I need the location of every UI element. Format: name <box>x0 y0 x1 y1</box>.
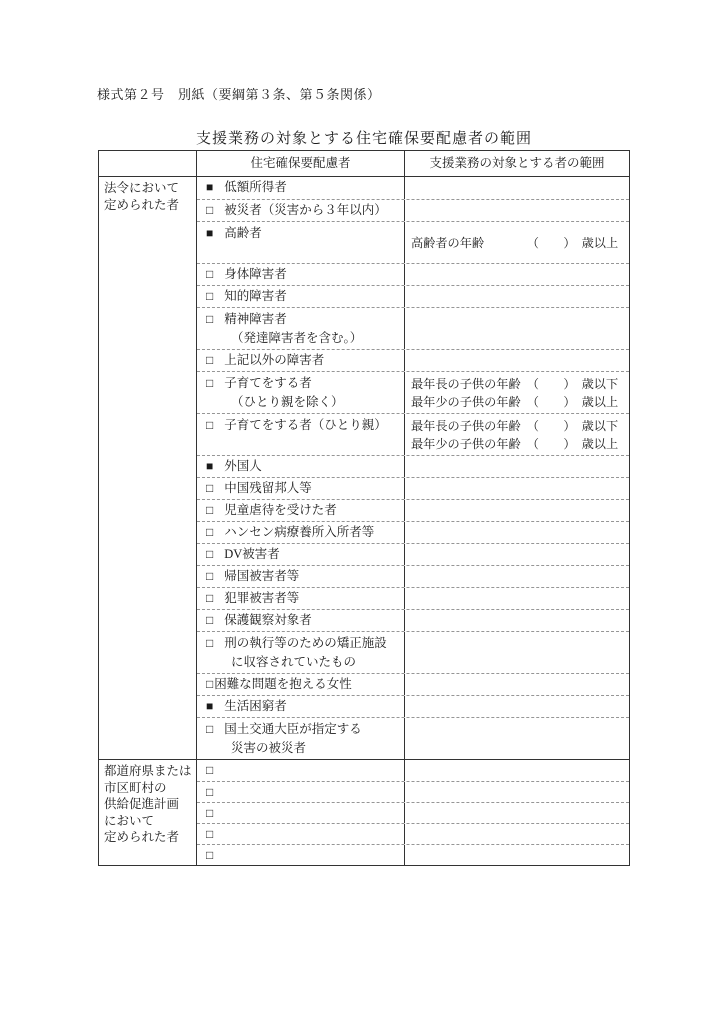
person-line: □ハンセン病療養所入所者等 <box>206 522 404 543</box>
range-cell <box>405 845 629 865</box>
table-row: ■外国人 <box>197 455 629 477</box>
row-label: 困難な問題を抱える女性 <box>214 677 352 691</box>
checkbox-empty-icon: □ <box>206 522 213 543</box>
person-line: □精神障害者 <box>206 308 404 329</box>
table-row: □帰国被害者等 <box>197 565 629 587</box>
range-cell <box>405 803 629 823</box>
person-cell: □子育てをする者（ひとり親） <box>197 414 405 455</box>
person-cell: □ <box>197 760 405 781</box>
row-label: 知的障害者 <box>224 289 287 303</box>
document-page: 様式第２号 別紙（要綱第３条、第５条関係） 支援業務の対象とする住宅確保要配慮者… <box>0 0 724 1024</box>
checkbox-empty-icon: □ <box>206 845 213 865</box>
person-cell: □ <box>197 803 405 823</box>
table-row: □困難な問題を抱える女性 <box>197 673 629 695</box>
range-cell <box>405 610 629 631</box>
person-line: □中国残留邦人等 <box>206 478 404 499</box>
checkbox-empty-icon: □ <box>206 264 213 285</box>
checkbox-filled-icon: ■ <box>206 456 213 477</box>
person-line: □ <box>206 760 404 780</box>
table-header-row: 住宅確保要配慮者 支援業務の対象とする者の範囲 <box>99 151 629 177</box>
table-row: □上記以外の障害者 <box>197 349 629 371</box>
person-cell: □困難な問題を抱える女性 <box>197 674 405 695</box>
checkbox-empty-icon: □ <box>206 720 213 739</box>
person-line: □ <box>206 782 404 802</box>
person-cell: □上記以外の障害者 <box>197 350 405 371</box>
person-line: □ <box>206 824 404 844</box>
checkbox-empty-icon: □ <box>206 782 213 802</box>
table-row: □子育てをする者（ひとり親） 最年長の子供の年齢 （ ） 歳以下最年少の子供の年… <box>197 413 629 455</box>
person-line: □身体障害者 <box>206 264 404 285</box>
section-label-line: において <box>104 813 194 830</box>
checkbox-empty-icon: □ <box>206 500 213 521</box>
person-line: □児童虐待を受けた者 <box>206 500 404 521</box>
range-cell <box>405 177 629 199</box>
row-label-line2: （発達障害者を含む。） <box>206 329 404 347</box>
checkbox-empty-icon: □ <box>206 803 213 823</box>
range-cell <box>405 478 629 499</box>
person-cell: □ <box>197 845 405 865</box>
table-row: □刑の執行等のための矯正施設 に収容されていたもの <box>197 631 629 673</box>
range-cell <box>405 544 629 565</box>
table-row: □子育てをする者 （ひとり親を除く） 最年長の子供の年齢 （ ） 歳以下最年少の… <box>197 371 629 413</box>
table-row: □ <box>197 781 629 802</box>
person-line: ■低額所得者 <box>206 177 404 198</box>
row-label: 外国人 <box>224 459 262 473</box>
range-cell <box>405 674 629 695</box>
requirements-table: 住宅確保要配慮者 支援業務の対象とする者の範囲 法令において定められた者 ■低額… <box>98 150 630 866</box>
person-line: □刑の執行等のための矯正施設 <box>206 632 404 653</box>
range-cell <box>405 456 629 477</box>
checkbox-filled-icon: ■ <box>206 696 213 717</box>
person-line: ■生活困窮者 <box>206 696 404 717</box>
row-label-line2: （ひとり親を除く） <box>206 393 404 411</box>
person-cell: □帰国被害者等 <box>197 566 405 587</box>
range-cell <box>405 824 629 844</box>
row-label: 上記以外の障害者 <box>224 353 324 367</box>
section-label-line: 市区町村の <box>104 780 194 797</box>
section-label-line: 都道府県または <box>104 763 194 780</box>
table-row: □保護観察対象者 <box>197 609 629 631</box>
table-row: ■低額所得者 <box>197 177 629 199</box>
person-line: □被災者（災害から３年以内） <box>206 200 404 221</box>
person-line: ■高齢者 <box>206 222 404 243</box>
table-row: □DV被害者 <box>197 543 629 565</box>
column-header-category <box>99 151 197 176</box>
person-cell: □DV被害者 <box>197 544 405 565</box>
row-label: 身体障害者 <box>224 267 287 281</box>
row-label: 低額所得者 <box>224 180 287 194</box>
row-label: DV被害者 <box>224 547 280 561</box>
checkbox-empty-icon: □ <box>206 760 213 780</box>
person-line: □保護観察対象者 <box>206 610 404 631</box>
range-cell <box>405 522 629 543</box>
checkbox-empty-icon: □ <box>206 286 213 307</box>
row-label: 生活困窮者 <box>224 699 287 713</box>
range-text: 最年少の子供の年齢 （ ） 歳以上 <box>411 435 629 453</box>
person-cell: □知的障害者 <box>197 286 405 307</box>
section-label-line: 法令において <box>104 180 194 197</box>
range-text: 最年少の子供の年齢 （ ） 歳以上 <box>411 393 629 411</box>
row-label: 国土交通大臣が指定する <box>224 722 362 736</box>
checkbox-empty-icon: □ <box>206 478 213 499</box>
person-line: □知的障害者 <box>206 286 404 307</box>
person-line: □上記以外の障害者 <box>206 350 404 371</box>
table-row: □精神障害者 （発達障害者を含む。） <box>197 307 629 349</box>
table-row: □身体障害者 <box>197 263 629 285</box>
row-label-line2: に収容されていたもの <box>206 653 404 671</box>
table-body: 法令において定められた者 ■低額所得者 □被災者（災害から３年以内） ■高齢者 … <box>99 177 629 865</box>
range-cell <box>405 500 629 521</box>
row-label: 帰国被害者等 <box>224 569 299 583</box>
table-row: □ <box>197 823 629 844</box>
row-label: 被災者（災害から３年以内） <box>224 203 387 217</box>
section-label-line: 定められた者 <box>104 197 194 214</box>
checkbox-empty-icon: □ <box>206 416 213 435</box>
checkbox-empty-icon: □ <box>206 824 213 844</box>
range-cell <box>405 200 629 221</box>
range-text: 高齢者の年齢 （ ） 歳以上 <box>411 234 629 252</box>
person-line: □国土交通大臣が指定する <box>206 718 404 739</box>
person-cell: □中国残留邦人等 <box>197 478 405 499</box>
range-cell <box>405 696 629 717</box>
row-label: 犯罪被害者等 <box>224 591 299 605</box>
row-label: 保護観察対象者 <box>224 613 312 627</box>
checkbox-empty-icon: □ <box>206 566 213 587</box>
checkbox-filled-icon: ■ <box>206 177 213 198</box>
row-label: 刑の執行等のための矯正施設 <box>224 636 387 650</box>
row-label: 高齢者 <box>224 226 262 240</box>
range-cell <box>405 264 629 285</box>
range-cell <box>405 308 629 349</box>
range-text: 最年長の子供の年齢 （ ） 歳以下 <box>411 375 629 393</box>
person-cell: □児童虐待を受けた者 <box>197 500 405 521</box>
checkbox-empty-icon: □ <box>206 588 213 609</box>
range-cell: 高齢者の年齢 （ ） 歳以上 <box>405 222 629 263</box>
table-row: □中国残留邦人等 <box>197 477 629 499</box>
person-line: □困難な問題を抱える女性 <box>206 674 404 695</box>
person-line: □子育てをする者 <box>206 372 404 393</box>
person-cell: ■外国人 <box>197 456 405 477</box>
range-cell <box>405 718 629 759</box>
person-cell: ■生活困窮者 <box>197 696 405 717</box>
range-cell <box>405 782 629 802</box>
row-label: 子育てをする者 <box>224 376 312 390</box>
section-label-line: 供給促進計画 <box>104 796 194 813</box>
table-section: 法令において定められた者 ■低額所得者 □被災者（災害から３年以内） ■高齢者 … <box>99 177 629 759</box>
table-row: □ <box>197 844 629 865</box>
row-label: 子育てをする者（ひとり親） <box>224 418 387 432</box>
table-row: □知的障害者 <box>197 285 629 307</box>
range-cell <box>405 566 629 587</box>
column-header-scope: 支援業務の対象とする者の範囲 <box>405 151 629 176</box>
table-row: □児童虐待を受けた者 <box>197 499 629 521</box>
person-line: □子育てをする者（ひとり親） <box>206 414 404 435</box>
range-cell <box>405 632 629 673</box>
person-line: □帰国被害者等 <box>206 566 404 587</box>
table-row: □ <box>197 760 629 781</box>
row-label: 児童虐待を受けた者 <box>224 503 337 517</box>
section-rows: □ □ □ □ □ <box>197 760 629 865</box>
row-label-line2: 災害の被災者 <box>206 739 404 757</box>
person-cell: □国土交通大臣が指定する 災害の被災者 <box>197 718 405 759</box>
section-rows: ■低額所得者 □被災者（災害から３年以内） ■高齢者 高齢者の年齢 （ ） 歳以… <box>197 177 629 759</box>
row-label: ハンセン病療養所入所者等 <box>224 525 374 539</box>
column-header-persons: 住宅確保要配慮者 <box>197 151 405 176</box>
form-number-label: 様式第２号 別紙（要綱第３条、第５条関係） <box>97 84 381 103</box>
person-line: □ <box>206 803 404 823</box>
range-cell <box>405 350 629 371</box>
person-cell: ■低額所得者 <box>197 177 405 199</box>
person-cell: □身体障害者 <box>197 264 405 285</box>
range-cell: 最年長の子供の年齢 （ ） 歳以下最年少の子供の年齢 （ ） 歳以上 <box>405 414 629 455</box>
table-row: ■高齢者 高齢者の年齢 （ ） 歳以上 <box>197 221 629 263</box>
checkbox-empty-icon: □ <box>206 310 213 329</box>
checkbox-empty-icon: □ <box>206 634 213 653</box>
person-cell: □ <box>197 782 405 802</box>
table-row: □犯罪被害者等 <box>197 587 629 609</box>
table-row: □ <box>197 802 629 823</box>
section-label: 法令において定められた者 <box>99 177 197 759</box>
section-label: 都道府県または市区町村の供給促進計画において定められた者 <box>99 760 197 865</box>
range-cell: 最年長の子供の年齢 （ ） 歳以下最年少の子供の年齢 （ ） 歳以上 <box>405 372 629 413</box>
checkbox-empty-icon: □ <box>206 674 213 695</box>
checkbox-empty-icon: □ <box>206 350 213 371</box>
table-row: □国土交通大臣が指定する 災害の被災者 <box>197 717 629 759</box>
person-cell: □被災者（災害から３年以内） <box>197 200 405 221</box>
person-cell: □刑の執行等のための矯正施設 に収容されていたもの <box>197 632 405 673</box>
checkbox-empty-icon: □ <box>206 200 213 221</box>
range-cell <box>405 588 629 609</box>
person-cell: □子育てをする者 （ひとり親を除く） <box>197 372 405 413</box>
row-label: 精神障害者 <box>224 312 287 326</box>
checkbox-empty-icon: □ <box>206 544 213 565</box>
person-cell: ■高齢者 <box>197 222 405 263</box>
person-cell: □精神障害者 （発達障害者を含む。） <box>197 308 405 349</box>
checkbox-empty-icon: □ <box>206 374 213 393</box>
checkbox-filled-icon: ■ <box>206 224 213 243</box>
table-section: 都道府県または市区町村の供給促進計画において定められた者 □ □ □ □ □ <box>99 759 629 865</box>
person-cell: □犯罪被害者等 <box>197 588 405 609</box>
checkbox-empty-icon: □ <box>206 610 213 631</box>
table-row: ■生活困窮者 <box>197 695 629 717</box>
person-cell: □保護観察対象者 <box>197 610 405 631</box>
person-cell: □ハンセン病療養所入所者等 <box>197 522 405 543</box>
table-row: □ハンセン病療養所入所者等 <box>197 521 629 543</box>
person-line: □ <box>206 845 404 865</box>
range-cell <box>405 286 629 307</box>
range-cell <box>405 760 629 781</box>
person-cell: □ <box>197 824 405 844</box>
person-line: ■外国人 <box>206 456 404 477</box>
table-row: □被災者（災害から３年以内） <box>197 199 629 221</box>
row-label: 中国残留邦人等 <box>224 481 312 495</box>
person-line: □DV被害者 <box>206 544 404 565</box>
range-text: 最年長の子供の年齢 （ ） 歳以下 <box>411 417 629 435</box>
section-label-line: 定められた者 <box>104 829 194 846</box>
person-line: □犯罪被害者等 <box>206 588 404 609</box>
page-title: 支援業務の対象とする住宅確保要配慮者の範囲 <box>98 127 630 148</box>
